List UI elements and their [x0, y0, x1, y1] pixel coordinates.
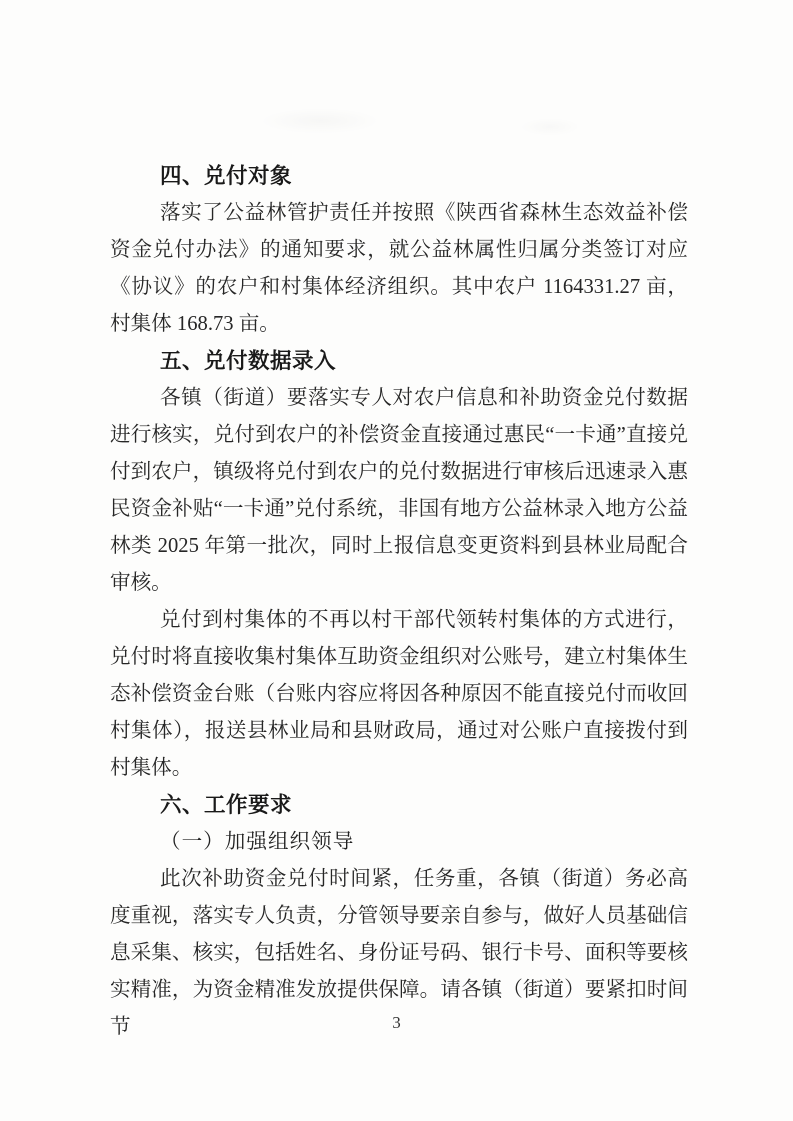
- paragraph-data-entry-households: 各镇（街道）要落实专人对农户信息和补助资金兑付数据进行核实，兑付到农户的补偿资金…: [110, 380, 688, 602]
- paragraph-data-entry-collectives: 兑付到村集体的不再以村干部代领转村集体的方式进行，兑付时将直接收集村集体互助资金…: [110, 602, 688, 787]
- page-number: 3: [0, 1012, 793, 1034]
- document-body: 四、兑付对象 落实了公益林管护责任并按照《陕西省森林生态效益补偿资金兑付办法》的…: [110, 158, 688, 1046]
- subheading-strengthen-leadership: （一）加强组织领导: [110, 824, 688, 861]
- paragraph-redeem-targets: 落实了公益林管护责任并按照《陕西省森林生态效益补偿资金兑付办法》的通知要求，就公…: [110, 195, 688, 343]
- section-heading-work-requirements: 六、工作要求: [110, 787, 688, 824]
- scan-smudge: [260, 108, 380, 134]
- document-page: 四、兑付对象 落实了公益林管护责任并按照《陕西省森林生态效益补偿资金兑付办法》的…: [0, 0, 793, 1121]
- scan-smudge: [520, 118, 580, 136]
- section-heading-data-entry: 五、兑付数据录入: [110, 343, 688, 380]
- section-heading-redeem-targets: 四、兑付对象: [110, 158, 688, 195]
